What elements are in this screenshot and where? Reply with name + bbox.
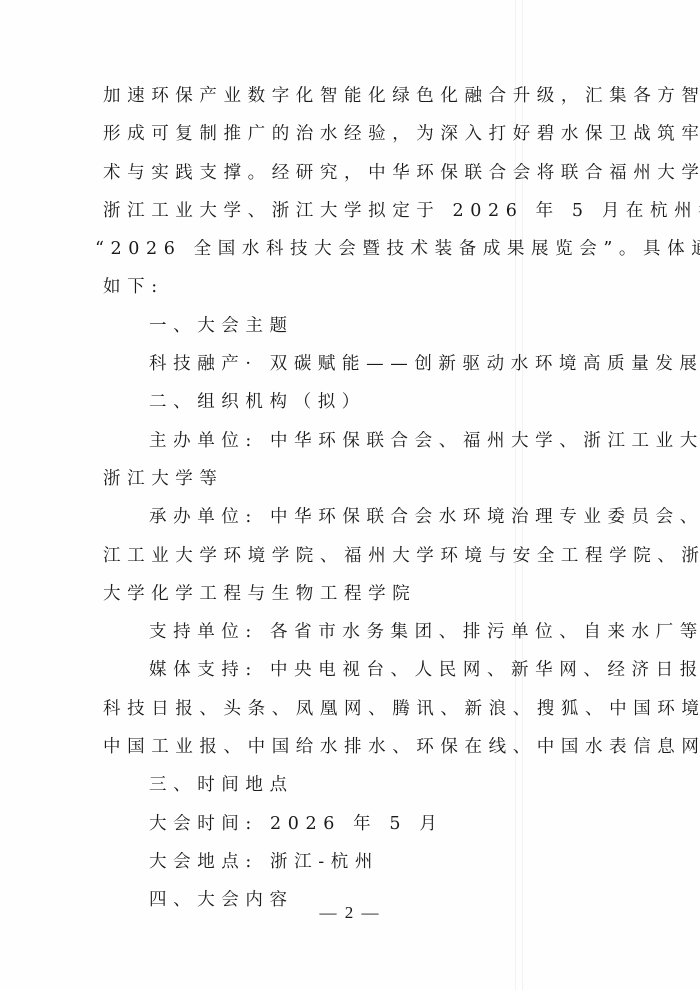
document-page: 加速环保产业数字化智能化绿色化融合升级，汇集各方智慧 形成可复制推广的治水经验，… [0, 0, 700, 990]
paragraph-line: 如下: [103, 268, 595, 306]
host-units-continued: 浙江大学等 [103, 460, 595, 498]
support-units: 支持单位: 各省市水务集团、排污单位、自来水厂等 [103, 613, 595, 651]
theme-text: 科技融产· 双碳赋能——创新驱动水环境高质量发展 [103, 345, 595, 383]
organizer-units: 承办单位: 中华环保联合会水环境治理专业委员会、浙 [103, 498, 595, 536]
conference-place: 大会地点: 浙江-杭州 [103, 843, 595, 881]
section-heading-theme: 一、大会主题 [103, 307, 595, 345]
organizer-units-continued: 大学化学工程与生物工程学院 [103, 575, 595, 613]
paragraph-line: 加速环保产业数字化智能化绿色化融合升级，汇集各方智慧 [103, 77, 595, 115]
media-support-continued: 科技日报、头条、凤凰网、腾讯、新浪、搜狐、中国环境报、 [103, 690, 595, 728]
media-support: 媒体支持: 中央电视台、人民网、新华网、经济日报、 [103, 651, 595, 689]
section-heading-organization: 二、组织机构（拟） [103, 383, 595, 421]
media-support-continued: 中国工业报、中国给水排水、环保在线、中国水表信息网等 [103, 728, 595, 766]
conference-time: 大会时间: 2026 年 5 月 [103, 805, 595, 843]
document-body: 加速环保产业数字化智能化绿色化融合升级，汇集各方智慧 形成可复制推广的治水经验，… [103, 77, 595, 920]
host-units: 主办单位: 中华环保联合会、福州大学、浙江工业大学、 [103, 422, 595, 460]
page-number: — 2 — [0, 903, 700, 923]
paragraph-line: 形成可复制推广的治水经验，为深入打好碧水保卫战筑牢技 [103, 115, 595, 153]
section-heading-time-place: 三、时间地点 [103, 766, 595, 804]
paragraph-line: 浙江工业大学、浙江大学拟定于 2026 年 5 月在杭州举办 [103, 192, 595, 230]
paragraph-line: 术与实践支撑。经研究，中华环保联合会将联合福州大学、 [103, 154, 595, 192]
paragraph-line: “2026 全国水科技大会暨技术装备成果展览会”。具体通知 [95, 230, 595, 268]
organizer-units-continued: 江工业大学环境学院、福州大学环境与安全工程学院、浙江 [103, 537, 595, 575]
